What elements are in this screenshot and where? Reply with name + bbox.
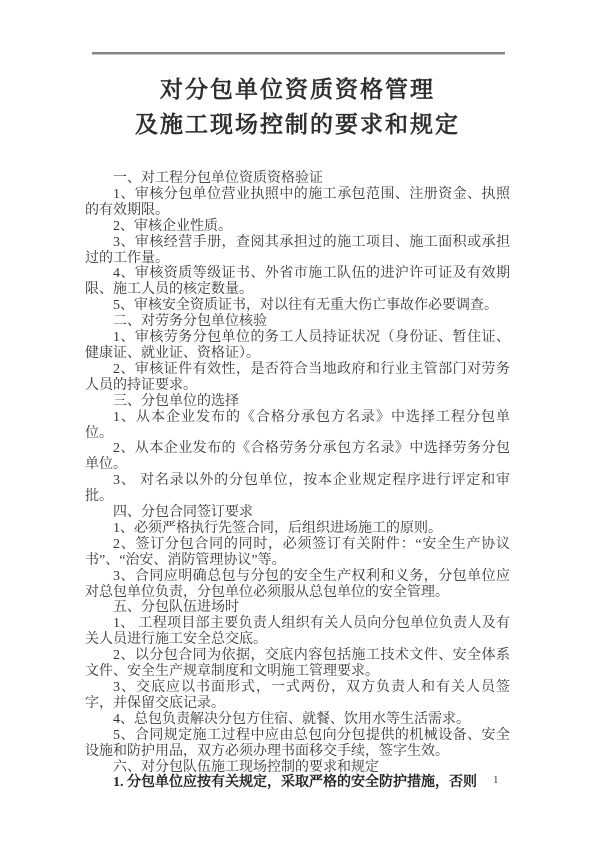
paragraph: 六、对分包队伍施工现场控制的要求和规定 bbox=[85, 760, 510, 776]
document-title-line2: 及施工现场控制的要求和规定 bbox=[0, 107, 595, 142]
paragraph: 1、审核劳务分包单位的务工人员持证状况（身份证、暂住证、健康证、就业证、资格证）… bbox=[85, 330, 510, 362]
paragraph: 2、以分包合同为依据，交底内容包括施工技术文件、安全体系文件、安全生产规章制度和… bbox=[85, 648, 510, 680]
paragraph: 1、审核分包单位营业执照中的施工承包范围、注册资金、执照的有效期限。 bbox=[85, 187, 510, 219]
paragraph: 3、合同应明确总包与分包的安全生产权利和义务，分包单位应对总包单位负责，分包单位… bbox=[85, 569, 510, 601]
document-title: 对分包单位资质资格管理 及施工现场控制的要求和规定 bbox=[0, 72, 595, 142]
paragraph: 1. 分包单位应按有关规定，采取严格的安全防护措施，否则 bbox=[85, 775, 510, 791]
paragraph: 5、合同规定施工过程中应由总包向分包提供的机械设备、安全设施和防护用品，双方必须… bbox=[85, 728, 510, 760]
header-rule bbox=[92, 52, 505, 55]
paragraph: 一、对工程分包单位资质资格验证 bbox=[85, 171, 510, 187]
paragraph: 2、签订分包合同的同时，必须签订有关附件：“安全生产协议书”、“治安、消防管理协… bbox=[85, 537, 510, 569]
paragraph: 2、审核企业性质。 bbox=[85, 219, 510, 235]
paragraph: 1、 工程项目部主要负责人组织有关人员向分包单位负责人及有关人员进行施工安全总交… bbox=[85, 616, 510, 648]
paragraph: 3、 对名录以外的分包单位，按本企业规定程序进行评定和审批。 bbox=[85, 473, 510, 505]
paragraph: 五、分包队伍进场时 bbox=[85, 600, 510, 616]
paragraph: 5、审核安全资质证书，对以往有无重大伤亡事故作必要调查。 bbox=[85, 298, 510, 314]
paragraph: 3、审核经营手册，查阅其承担过的施工项目、施工面积或承担过的工作量。 bbox=[85, 235, 510, 267]
paragraph: 三、分包单位的选择 bbox=[85, 394, 510, 410]
paragraph: 四、分包合同签订要求 bbox=[85, 505, 510, 521]
paragraph: 1、从本企业发布的《合格分承包方名录》中选择工程分包单位。 bbox=[85, 410, 510, 442]
paragraph: 4、总包负责解决分包方住宿、就餐、饮用水等生活需求。 bbox=[85, 712, 510, 728]
document-page: 对分包单位资质资格管理 及施工现场控制的要求和规定 一、对工程分包单位资质资格验… bbox=[0, 0, 595, 842]
paragraph: 3、交底应以书面形式，一式两份，双方负责人和有关人员签字，并保留交底记录。 bbox=[85, 680, 510, 712]
paragraph: 2、从本企业发布的《合格劳务分承包方名录》中选择劳务分包单位。 bbox=[85, 441, 510, 473]
paragraph: 2、审核证件有效性，是否符合当地政府和行业主管部门对劳务人员的持证要求。 bbox=[85, 362, 510, 394]
paragraph: 4、审核资质等级证书、外省市施工队伍的进沪许可证及有效期限、施工人员的核定数量。 bbox=[85, 266, 510, 298]
paragraph: 1、必须严格执行先签合同，后组织进场施工的原则。 bbox=[85, 521, 510, 537]
page-number: 1 bbox=[493, 773, 499, 787]
paragraph: 二、对劳务分包单位核验 bbox=[85, 314, 510, 330]
document-title-line1: 对分包单位资质资格管理 bbox=[0, 72, 595, 107]
document-body: 一、对工程分包单位资质资格验证1、审核分包单位营业执照中的施工承包范围、注册资金… bbox=[85, 171, 510, 791]
